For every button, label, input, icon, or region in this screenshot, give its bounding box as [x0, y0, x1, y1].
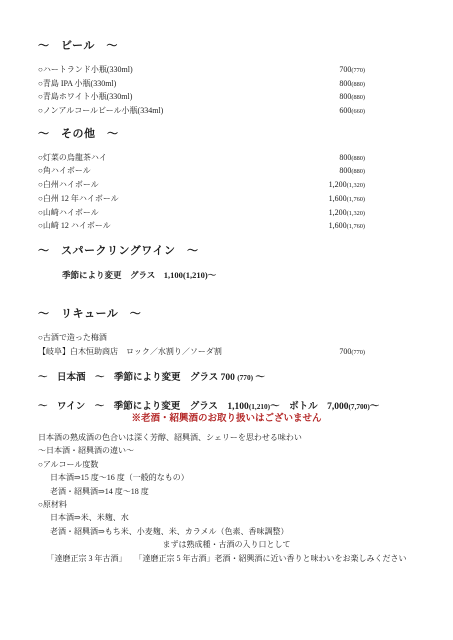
info-line-daruma: 「達磨正宗 3 年古酒」 「達磨正宗 5 年古酒」老酒・紹興酒に近い香りと味わい… — [38, 552, 415, 565]
item-price-tax: (1,320) — [347, 182, 365, 189]
item-name: 【岐阜】白木恒助商店 ロック／水割り／ソーダ割 — [38, 345, 222, 359]
sparkling-note-text: 季節により変更 グラス 1,100 — [62, 270, 183, 280]
item-price-main: 1,200 — [329, 208, 347, 217]
item-name: ○角ハイボール — [38, 164, 91, 178]
section-header-liqueur: ～ リキュール ～ — [38, 306, 413, 322]
info-line-difference-title: ～日本酒・紹興酒の違い～ — [38, 444, 415, 457]
sake-tilde: ～ — [253, 373, 265, 383]
others-item-list: ○灯菜の烏龍茶ハイ 800(880) ○角ハイボール 800(880) ○白州ハ… — [38, 151, 365, 233]
item-price-main: 1,600 — [329, 221, 347, 230]
menu-item: ○古酒で造った梅酒 — [38, 331, 365, 345]
menu-item: 【岐阜】白木恒助商店 ロック／水割り／ソーダ割 700(770) — [38, 345, 365, 359]
item-price-main: 1,600 — [329, 194, 347, 203]
item-price-main: 800 — [339, 153, 351, 162]
menu-item: ○青島 IPA 小瓶(330ml) 800(880) — [38, 77, 365, 91]
menu-item: ○ハートランド小瓶(330ml) 700(770) — [38, 63, 365, 77]
item-name: ○青島 IPA 小瓶(330ml) — [38, 77, 116, 91]
item-price-tax: (1,760) — [347, 223, 365, 230]
item-name: ○ノンアルコールビール小瓶(334ml) — [38, 104, 163, 118]
menu-item: ○青島ホワイト小瓶(330ml) 800(880) — [38, 90, 365, 104]
item-price-tax: (880) — [351, 155, 365, 162]
item-price: 600(660) — [339, 104, 365, 119]
menu-item: ○白州ハイボール 1,200(1,320) — [38, 178, 365, 192]
info-line-ingredients-sake: 日本酒⇒米、米麹、水 — [38, 511, 415, 524]
item-price-main: 800 — [339, 166, 351, 175]
no-laojiu-notice: ※老酒・紹興酒のお取り扱いはございません — [38, 412, 415, 427]
item-price-tax: (880) — [351, 168, 365, 175]
menu-column: ～ ビール ～ ○ハートランド小瓶(330ml) 700(770) ○青島 IP… — [38, 38, 413, 414]
item-name: ○白州ハイボール — [38, 178, 99, 192]
item-price-tax: (770) — [351, 349, 365, 356]
menu-item: ○角ハイボール 800(880) — [38, 164, 365, 178]
info-line-aroma: 日本酒の熟成酒の色合いは深く芳醇、紹興酒、シェリーを思わせる味わい — [38, 431, 415, 444]
section-header-beer: ～ ビール ～ — [38, 38, 413, 54]
info-line-abv-title: ○アルコール度数 — [38, 458, 415, 471]
wine-text-bottle: ～ ボトル 7,000 — [270, 402, 348, 412]
item-price: 800(880) — [339, 77, 365, 92]
item-price: 700(770) — [339, 345, 365, 360]
item-price-main: 1,200 — [329, 180, 347, 189]
sparkling-note: 季節により変更 グラス 1,100(1,210)～ — [62, 268, 413, 282]
wine-glass-tax: (1,210) — [249, 402, 270, 411]
item-price: 1,600(1,760) — [329, 219, 365, 234]
item-price-main: 800 — [339, 92, 351, 101]
info-line-abv-laojiu: 老酒・紹興酒⇒14 度～18 度 — [38, 485, 415, 498]
item-name: ○山崎 12 ハイボール — [38, 219, 111, 233]
item-name: ○灯菜の烏龍茶ハイ — [38, 151, 107, 165]
drink-menu-page: ～ ビール ～ ○ハートランド小瓶(330ml) 700(770) ○青島 IP… — [0, 0, 453, 640]
sake-text: ～ 日本酒 ～ 季節により変更 グラス 700 — [38, 373, 237, 383]
item-name: ○ハートランド小瓶(330ml) — [38, 63, 133, 77]
item-name: ○青島ホワイト小瓶(330ml) — [38, 90, 132, 104]
menu-item: ○白州 12 年ハイボール 1,600(1,760) — [38, 192, 365, 206]
sparkling-note-tilde: ～ — [208, 270, 217, 280]
item-price: 800(880) — [339, 164, 365, 179]
menu-item: ○ノンアルコールビール小瓶(334ml) 600(660) — [38, 104, 365, 118]
sake-tax: (770) — [237, 373, 253, 382]
item-price: 800(880) — [339, 90, 365, 105]
info-line-abv-sake: 日本酒⇒15 度～16 度（一般的なもの） — [38, 471, 415, 484]
item-price: 1,200(1,320) — [329, 178, 365, 193]
item-price-tax: (770) — [351, 67, 365, 74]
section-header-sake: ～ 日本酒 ～ 季節により変更 グラス 700 (770) ～ — [38, 370, 413, 385]
menu-item: ○山崎 12 ハイボール 1,600(1,760) — [38, 219, 365, 233]
menu-item: ○灯菜の烏龍茶ハイ 800(880) — [38, 151, 365, 165]
section-header-others: ～ その他 ～ — [38, 126, 413, 142]
item-price-tax: (880) — [351, 94, 365, 101]
info-column: ※老酒・紹興酒のお取り扱いはございません 日本酒の熟成酒の色合いは深く芳醇、紹興… — [38, 412, 415, 565]
item-price-tax: (660) — [351, 108, 365, 115]
info-line-intro: まずは熟成種・古酒の入り口として — [38, 538, 415, 551]
info-line-ingredients-laojiu: 老酒・紹興酒⇒もち米、小麦麹、米、カラメル（色素、香味調整） — [38, 525, 415, 538]
item-price-tax: (1,320) — [347, 210, 365, 217]
item-price: 700(770) — [339, 63, 365, 78]
item-name: ○山崎ハイボール — [38, 206, 99, 220]
item-price-tax: (880) — [351, 81, 365, 88]
item-price-main: 700 — [339, 65, 351, 74]
item-price-main: 700 — [339, 347, 351, 356]
section-header-sparkling: ～ スパークリングワイン ～ — [38, 243, 413, 259]
item-price: 800(880) — [339, 151, 365, 166]
item-name: ○古酒で造った梅酒 — [38, 331, 107, 345]
item-price-tax: (1,760) — [347, 196, 365, 203]
info-line-ingredients-title: ○原材料 — [38, 498, 415, 511]
sparkling-note-tax: (1,210) — [183, 270, 208, 280]
wine-text-glass: ～ ワイン ～ 季節により変更 グラス 1,100 — [38, 402, 249, 412]
beer-item-list: ○ハートランド小瓶(330ml) 700(770) ○青島 IPA 小瓶(330… — [38, 63, 365, 118]
wine-bottle-tax: (7,700) — [348, 402, 369, 411]
item-price: 1,200(1,320) — [329, 206, 365, 221]
wine-tilde: ～ — [370, 402, 380, 412]
item-name: ○白州 12 年ハイボール — [38, 192, 119, 206]
liqueur-item-list: ○古酒で造った梅酒 【岐阜】白木恒助商店 ロック／水割り／ソーダ割 700(77… — [38, 331, 365, 358]
item-price-main: 600 — [339, 106, 351, 115]
item-price-main: 800 — [339, 79, 351, 88]
menu-item: ○山崎ハイボール 1,200(1,320) — [38, 206, 365, 220]
item-price: 1,600(1,760) — [329, 192, 365, 207]
